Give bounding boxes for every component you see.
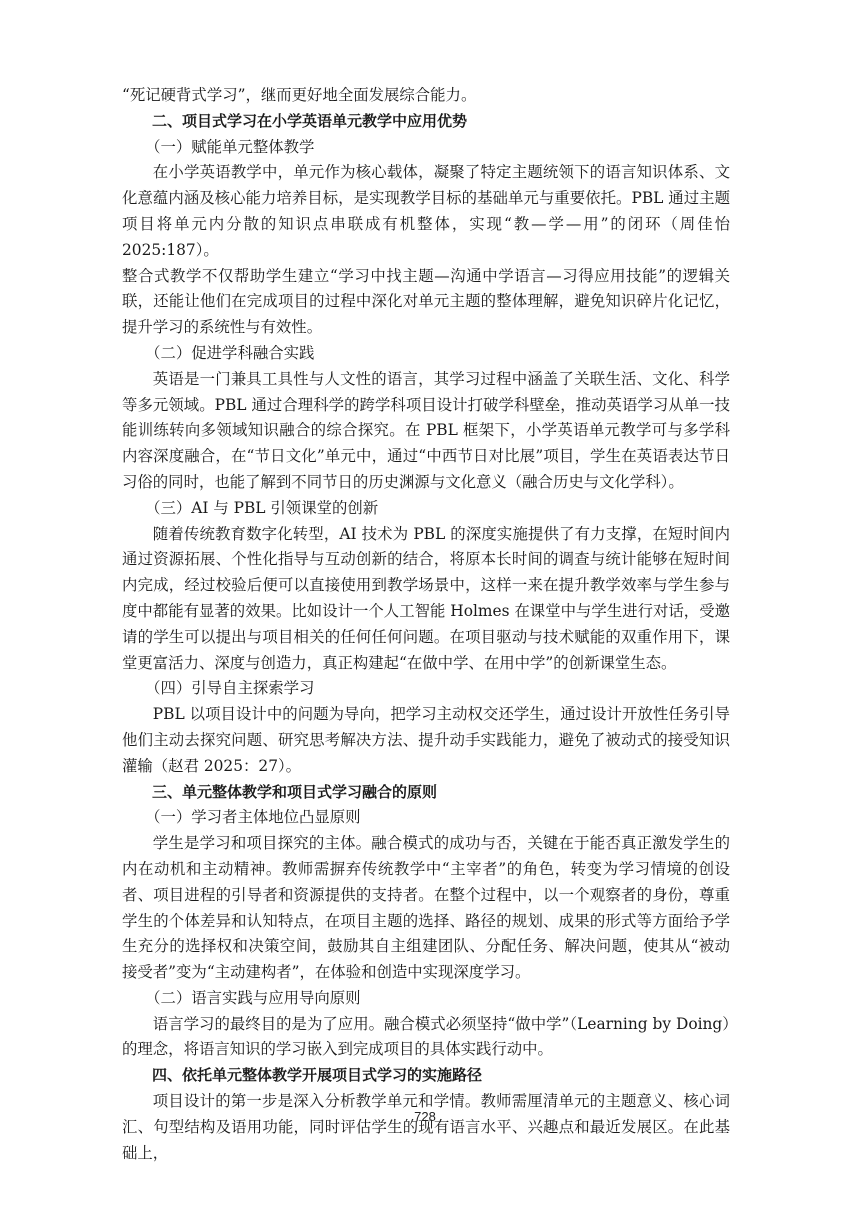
paragraph-continuation: “死记硬背式学习”，继而更好地全面发展综合能力。	[122, 83, 730, 109]
subsection-heading-3-1: （一）学习者主体地位凸显原则	[122, 805, 730, 831]
paragraph: 在小学英语教学中，单元作为核心载体，凝聚了特定主题统领下的语言知识体系、文化意蕴…	[122, 160, 730, 263]
paragraph: 整合式教学不仅帮助学生建立“学习中找主题—沟通中学语言—习得应用技能”的逻辑关联…	[122, 264, 730, 341]
subsection-heading-2-1: （一）赋能单元整体教学	[122, 135, 730, 161]
paragraph: 项目设计的第一步是深入分析教学单元和学情。教师需厘清单元的主题意义、核心词汇、句…	[122, 1089, 730, 1166]
subsection-heading-2-2: （二）促进学科融合实践	[122, 341, 730, 367]
paragraph: 英语是一门兼具工具性与人文性的语言，其学习过程中涵盖了关联生活、文化、科学等多元…	[122, 367, 730, 496]
paragraph: 语言学习的最终目的是为了应用。融合模式必须坚持“做中学”（Learning by…	[122, 1012, 730, 1064]
paragraph: 学生是学习和项目探究的主体。融合模式的成功与否，关键在于能否真正激发学生的内在动…	[122, 831, 730, 986]
paragraph: 随着传统教育数字化转型，AI 技术为 PBL 的深度实施提供了有力支撑，在短时间…	[122, 522, 730, 677]
subsection-heading-2-3: （三）AI 与 PBL 引领课堂的创新	[122, 496, 730, 522]
document-body: “死记硬背式学习”，继而更好地全面发展综合能力。 二、项目式学习在小学英语单元教…	[122, 83, 730, 1166]
paragraph: PBL 以项目设计中的问题为导向，把学习主动权交还学生，通过设计开放性任务引导他…	[122, 702, 730, 779]
section-heading-4: 四、依托单元整体教学开展项目式学习的实施路径	[122, 1063, 730, 1089]
section-heading-3: 三、单元整体教学和项目式学习融合的原则	[122, 780, 730, 806]
page-number: 728	[0, 1109, 850, 1124]
section-heading-2: 二、项目式学习在小学英语单元教学中应用优势	[122, 109, 730, 135]
subsection-heading-3-2: （二）语言实践与应用导向原则	[122, 986, 730, 1012]
subsection-heading-2-4: （四）引导自主探索学习	[122, 676, 730, 702]
